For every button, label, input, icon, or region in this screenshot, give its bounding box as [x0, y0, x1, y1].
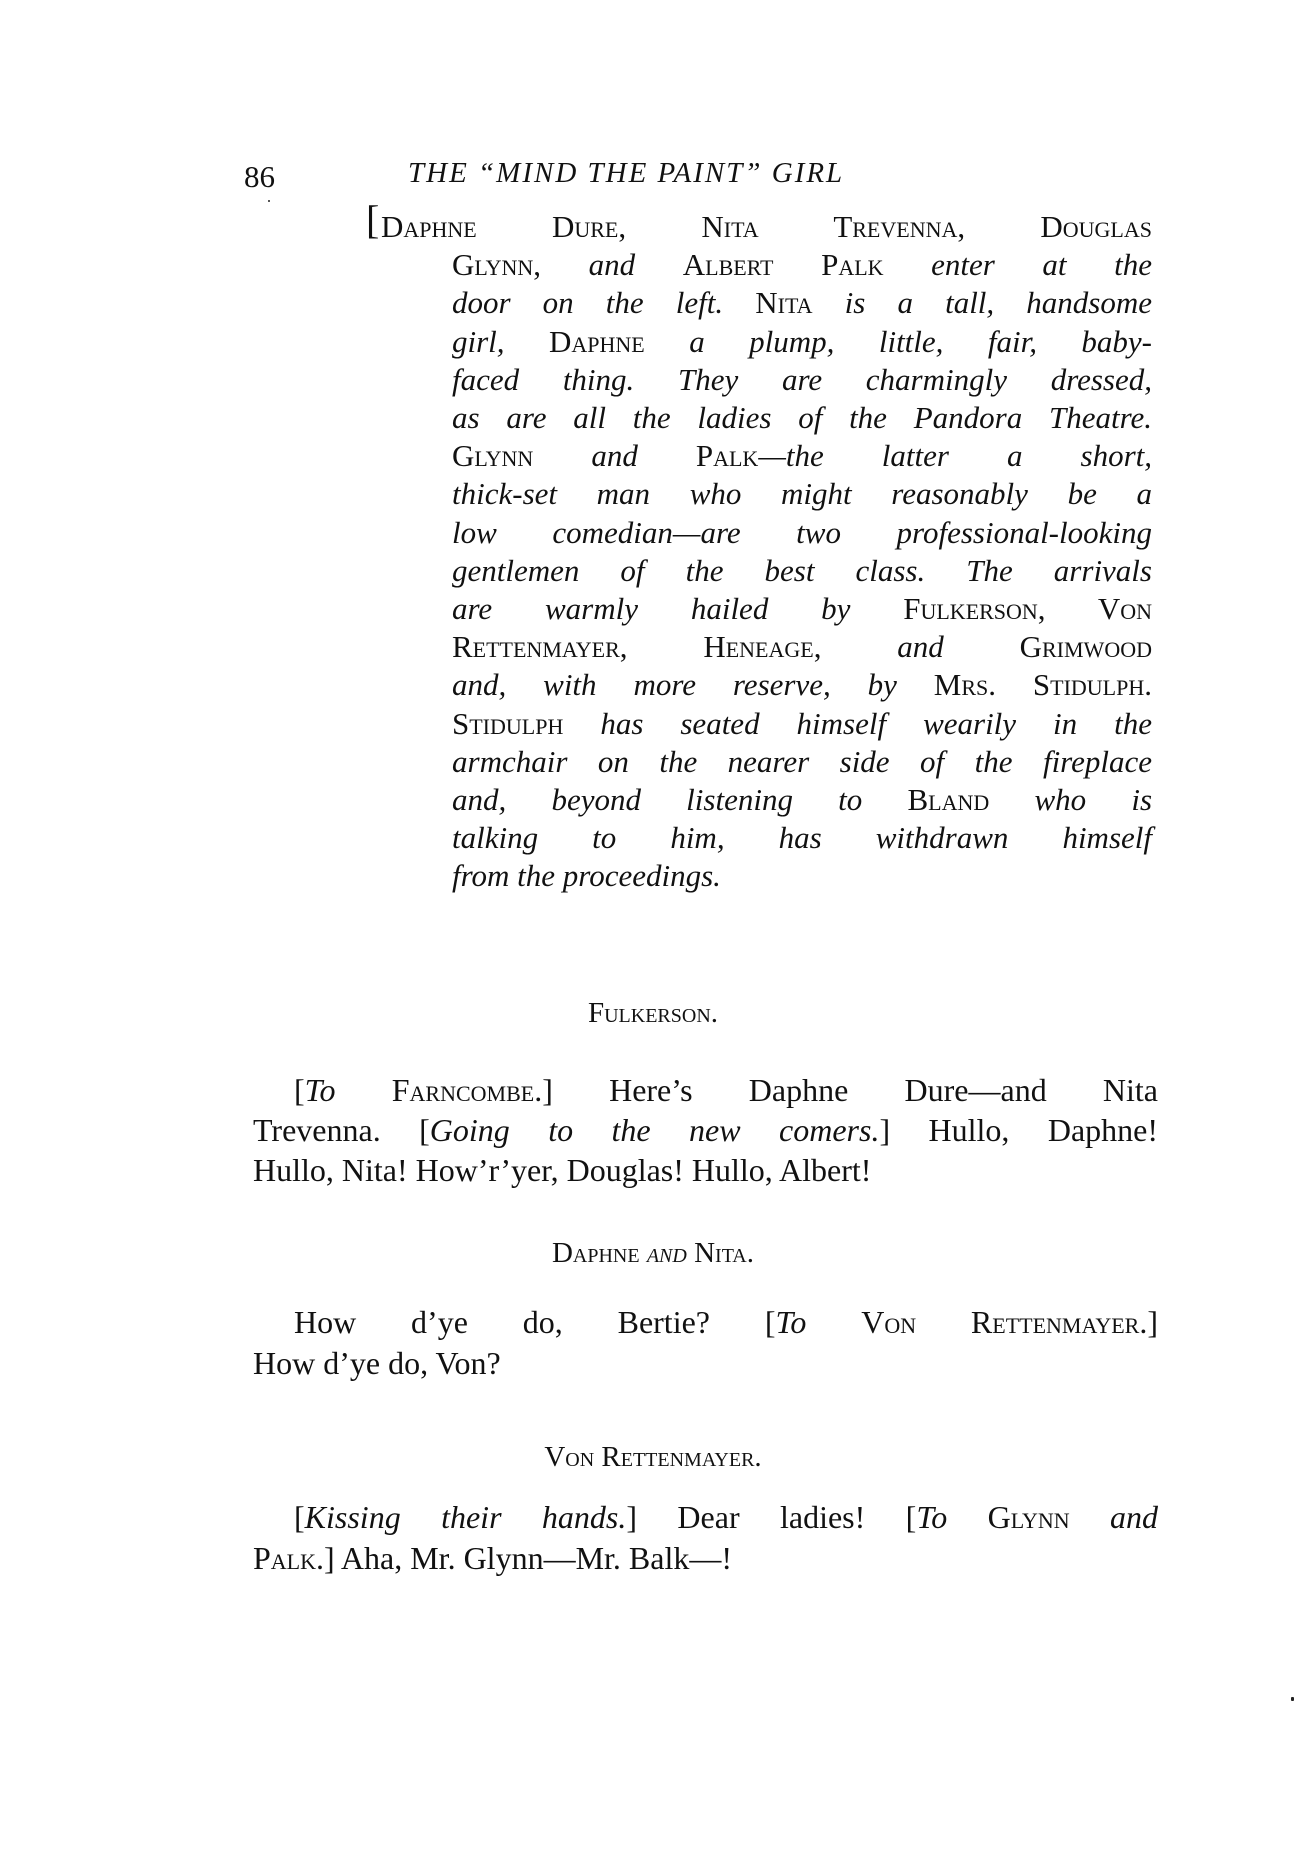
character-name: Von Rettenmayer.	[544, 1441, 761, 1473]
dialogue-line: Palk.] Aha, Mr. Glynn—Mr. Balk—!	[253, 1538, 1158, 1578]
italic-text: and	[647, 1237, 694, 1269]
character-name: Nita	[755, 285, 844, 320]
italic-text: and, with more reserve, by	[452, 667, 934, 702]
character-name: Daphne	[552, 1237, 647, 1269]
dialogue-line: How d’ye do, Bertie? [To Von Rettenmayer…	[294, 1302, 1158, 1342]
character-name: Palk.	[253, 1540, 324, 1576]
stage-direction-line: gentlemen of the best class. The arrival…	[452, 552, 1152, 590]
character-name: Farncombe.	[392, 1072, 542, 1108]
stage-direction-line: Rettenmayer, Heneage, and Grimwood	[452, 628, 1152, 666]
roman-text: [	[294, 1499, 305, 1535]
stage-direction-line: as are all the ladies of the Pandora The…	[452, 399, 1152, 437]
print-speck	[1291, 1697, 1294, 1701]
italic-text: thick-set man who might reasonably be a	[452, 476, 1152, 511]
character-name: Douglas	[1040, 209, 1152, 244]
character-name: Glynn	[452, 438, 591, 473]
stage-direction-line: girl, Daphne a plump, little, fair, baby…	[452, 323, 1152, 361]
stage-direction-line: faced thing. They are charmingly dressed…	[452, 361, 1152, 399]
stage-direction-line: Daphne Dure, Nita Trevenna, Douglas	[381, 208, 1152, 246]
italic-text: To	[916, 1499, 987, 1535]
roman-text: ] Aha, Mr. Glynn—Mr. Balk—!	[324, 1540, 732, 1576]
italic-text: and	[591, 438, 696, 473]
italic-text: door on the left.	[452, 285, 755, 320]
roman-text: ] Hullo, Daphne!	[879, 1112, 1158, 1148]
stage-direction-line: and, beyond listening to Bland who is	[452, 781, 1152, 819]
dialogue-line: [Kissing their hands.] Dear ladies! [To …	[294, 1497, 1158, 1537]
character-name: Stidulph	[452, 706, 600, 741]
character-name: Grimwood	[1020, 629, 1152, 664]
stage-direction-line: and, with more reserve, by Mrs. Stidulph…	[452, 666, 1152, 704]
character-name: Von Rettenmayer.	[861, 1304, 1147, 1340]
italic-text: and, beyond listening to	[452, 782, 907, 817]
speaker-heading: Fulkerson.	[0, 996, 1306, 1030]
character-name: Glynn	[988, 1499, 1110, 1535]
character-name: Rettenmayer, Heneage,	[452, 629, 897, 664]
stage-direction-line: from the proceedings.	[452, 857, 1152, 895]
italic-text: and	[1110, 1499, 1158, 1535]
speaker-heading: Von Rettenmayer.	[0, 1440, 1306, 1474]
roman-text: How d’ye do, Bertie? [	[294, 1304, 776, 1340]
italic-text: has seated himself wearily in the	[600, 706, 1152, 741]
italic-text: Kissing their hands.	[305, 1499, 627, 1535]
stage-direction-line: talking to him, has withdrawn himself	[452, 819, 1152, 857]
page-number: 86	[244, 160, 275, 194]
character-name: Glynn,	[452, 247, 589, 282]
italic-text: Going to the new comers.	[430, 1112, 880, 1148]
stage-direction-line: are warmly hailed by Fulkerson, Von	[452, 590, 1152, 628]
italic-text: To	[305, 1072, 392, 1108]
italic-text: armchair on the nearer side of the firep…	[452, 744, 1152, 779]
roman-text: How d’ye do, Von?	[253, 1345, 501, 1381]
italic-text: faced thing. They are charmingly dressed…	[452, 362, 1152, 397]
italic-text: from the proceedings.	[452, 858, 721, 893]
roman-text: Hullo, Nita! How’r’yer, Douglas! Hullo, …	[253, 1152, 871, 1188]
italic-text: as are all the ladies of the Pandora The…	[452, 400, 1152, 435]
italic-text: low comedian—are two professional-lookin…	[452, 515, 1152, 550]
italic-text: a plump, little, fair, baby-	[689, 324, 1152, 359]
italic-text: and	[589, 247, 683, 282]
dialogue-line: How d’ye do, Von?	[253, 1343, 1158, 1383]
character-name: Palk	[696, 438, 758, 473]
italic-text: are warmly hailed by	[452, 591, 903, 626]
stage-direction-line: low comedian—are two professional-lookin…	[452, 514, 1152, 552]
character-name: Mrs. Stidulph.	[934, 667, 1152, 702]
stage-direction-line: Stidulph has seated himself wearily in t…	[452, 705, 1152, 743]
roman-text: [	[294, 1072, 305, 1108]
italic-text: gentlemen of the best class. The arrival…	[452, 553, 1152, 588]
roman-text: Trevenna. [	[253, 1112, 430, 1148]
character-name: Nita.	[694, 1237, 754, 1269]
character-name: Albert Palk	[683, 247, 931, 282]
roman-text: ]	[1147, 1304, 1158, 1340]
speaker-heading: Daphne and Nita.	[0, 1236, 1306, 1270]
stage-direction-line: Glynn, and Albert Palk enter at the	[452, 246, 1152, 284]
character-name: Bland	[907, 782, 1034, 817]
character-name: Nita Trevenna,	[701, 209, 1040, 244]
stage-direction-open-bracket: [	[366, 200, 379, 240]
dialogue-line: [To Farncombe.] Here’s Daphne Dure—and N…	[294, 1070, 1158, 1110]
italic-text: To	[776, 1304, 862, 1340]
roman-text: ] Here’s Daphne Dure—and Nita	[542, 1072, 1158, 1108]
character-name: Fulkerson.	[588, 997, 718, 1029]
stage-direction-line: thick-set man who might reasonably be a	[452, 475, 1152, 513]
running-title: THE “MIND THE PAINT” GIRL	[408, 156, 844, 190]
character-name: Daphne Dure,	[381, 209, 701, 244]
italic-text: talking to him, has withdrawn himself	[452, 820, 1152, 855]
italic-text: is a tall, handsome	[845, 285, 1152, 320]
roman-text: ] Dear ladies! [	[626, 1499, 916, 1535]
character-name: Daphne	[549, 324, 689, 359]
italic-text: girl,	[452, 324, 549, 359]
stage-direction-line: door on the left. Nita is a tall, handso…	[452, 284, 1152, 322]
italic-text: enter at the	[931, 247, 1152, 282]
dialogue-line: Trevenna. [Going to the new comers.] Hul…	[253, 1110, 1158, 1150]
stage-direction-line: Glynn and Palk—the latter a short,	[452, 437, 1152, 475]
italic-text: and	[897, 629, 1019, 664]
character-name: Fulkerson, Von	[903, 591, 1152, 626]
italic-text: who is	[1034, 782, 1152, 817]
stage-direction-line: armchair on the nearer side of the firep…	[452, 743, 1152, 781]
dialogue-line: Hullo, Nita! How’r’yer, Douglas! Hullo, …	[253, 1150, 1158, 1190]
italic-text: —the latter a short,	[758, 438, 1152, 473]
print-speck	[268, 200, 270, 202]
